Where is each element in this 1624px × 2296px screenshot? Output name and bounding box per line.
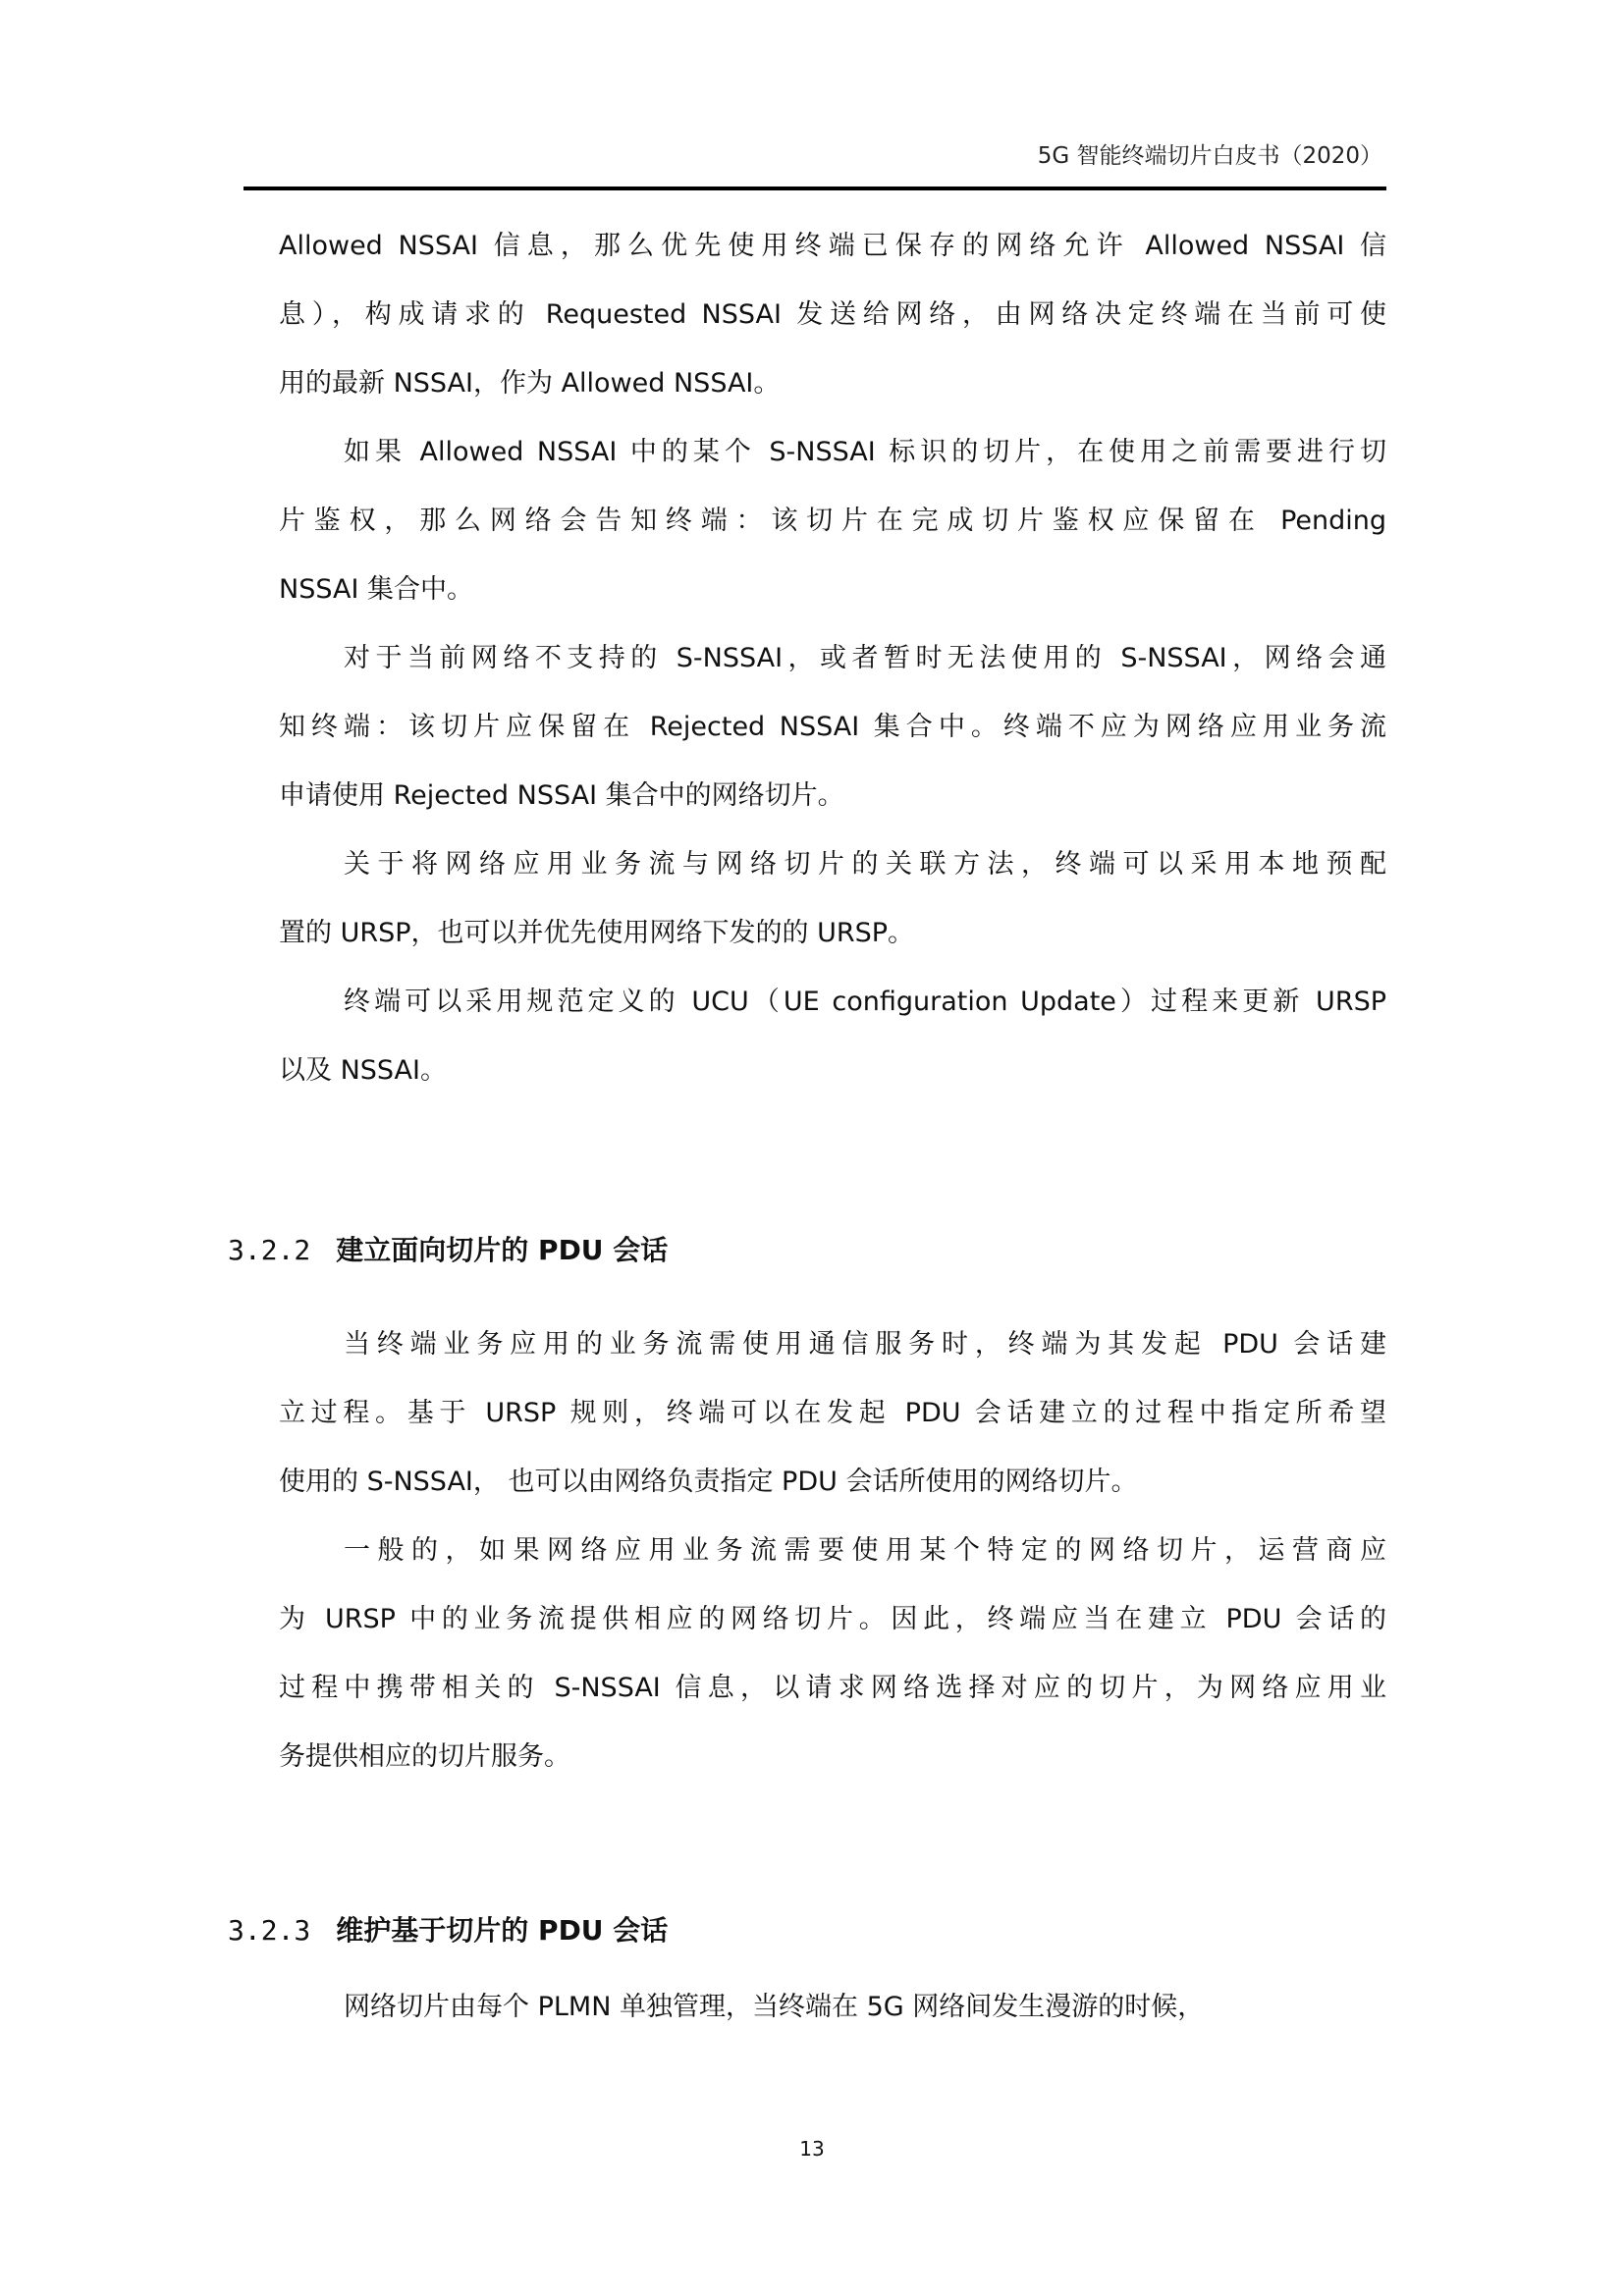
text-line: 使用的 S-NSSAI， 也可以由网络负责指定 PDU 会话所使用的网络切片。 <box>279 1460 1386 1498</box>
text-line: Allowed NSSAI 信息，那么优先使用终端已保存的网络允许 Allowe… <box>279 224 1386 262</box>
text-line: 立过程。基于 URSP 规则，终端可以在发起 PDU 会话建立的过程中指定所希望 <box>279 1391 1386 1429</box>
text-line: 网络切片由每个 PLMN 单独管理，当终端在 5G 网络间发生漫游的时候， <box>344 1985 1386 2023</box>
text-line: 置的 URSP，也可以并优先使用网络下发的的 URSP。 <box>279 911 1386 949</box>
text-line: 用的最新 NSSAI，作为 Allowed NSSAI。 <box>279 361 1386 400</box>
section-number: 3.2.2 <box>228 1234 310 1266</box>
header-divider <box>244 187 1386 190</box>
text-line: 片鉴权，那么网络会告知终端：该切片在完成切片鉴权应保留在 Pending <box>279 499 1386 537</box>
text-line: 对于当前网络不支持的 S-NSSAI，或者暂时无法使用的 S-NSSAI，网络会… <box>344 636 1386 674</box>
document-title: 5G 智能终端切片白皮书（2020） <box>1038 137 1382 170</box>
text-line: 过程中携带相关的 S-NSSAI 信息，以请求网络选择对应的切片，为网络应用业 <box>279 1666 1386 1704</box>
text-line: 申请使用 Rejected NSSAI 集合中的网络切片。 <box>279 774 1386 812</box>
section-title: 建立面向切片的 PDU 会话 <box>336 1234 668 1266</box>
text-line: NSSAI 集合中。 <box>279 567 1386 606</box>
section-number: 3.2.3 <box>228 1914 310 1947</box>
page-number: 13 <box>0 2137 1624 2161</box>
text-line: 知终端：该切片应保留在 Rejected NSSAI 集合中。终端不应为网络应用… <box>279 705 1386 743</box>
text-line: 终端可以采用规范定义的 UCU（UE configuration Update）… <box>344 980 1386 1018</box>
section-heading: 3.2.2建立面向切片的 PDU 会话 <box>228 1229 668 1268</box>
text-line: 当终端业务应用的业务流需使用通信服务时，终端为其发起 PDU 会话建 <box>344 1322 1386 1361</box>
text-line: 务提供相应的切片服务。 <box>279 1735 1386 1773</box>
text-line: 一般的，如果网络应用业务流需要使用某个特定的网络切片，运营商应 <box>344 1528 1386 1567</box>
text-line: 以及 NSSAI。 <box>279 1048 1386 1087</box>
text-line: 关于将网络应用业务流与网络切片的关联方法，终端可以采用本地预配 <box>344 842 1386 881</box>
text-line: 为 URSP 中的业务流提供相应的网络切片。因此，终端应当在建立 PDU 会话的 <box>279 1597 1386 1635</box>
section-title: 维护基于切片的 PDU 会话 <box>336 1914 668 1947</box>
section-heading: 3.2.3维护基于切片的 PDU 会话 <box>228 1909 668 1949</box>
text-line: 息），构成请求的 Requested NSSAI 发送给网络，由网络决定终端在当… <box>279 293 1386 331</box>
text-line: 如果 Allowed NSSAI 中的某个 S-NSSAI 标识的切片，在使用之… <box>344 430 1386 468</box>
